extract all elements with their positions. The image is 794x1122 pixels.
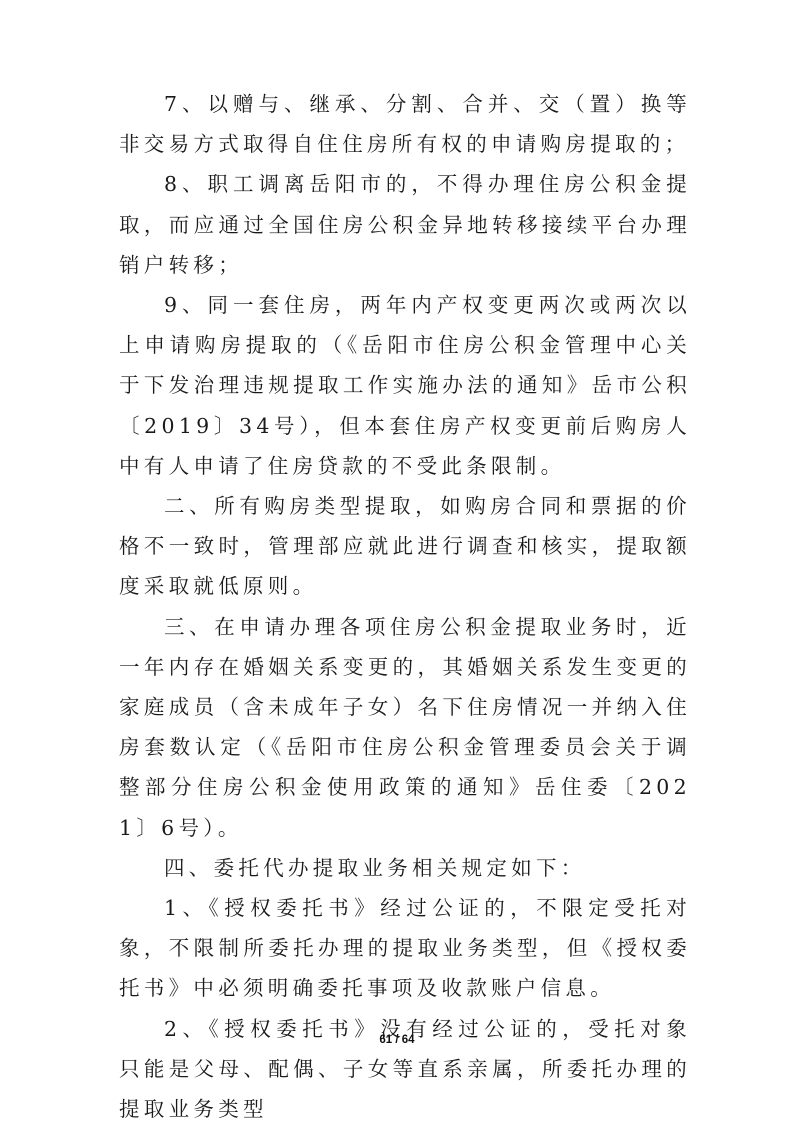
paragraph-section-4-item-1: 1、《授权委托书》经过公证的，不限定受托对象，不限制所委托办理的提取业务类型，但…: [119, 888, 691, 1009]
page-number: 61 / 64: [0, 1034, 794, 1046]
paragraph-item-9: 9、同一套住房，两年内产权变更两次或两次以上申请购房提取的（《岳阳市住房公积金管…: [119, 285, 691, 486]
paragraph-section-2: 二、所有购房类型提取，如购房合同和票据的价格不一致时，管理部应就此进行调查和核实…: [119, 486, 691, 607]
document-body: 7、以赠与、继承、分割、合并、交（置）换等非交易方式取得自住住房所有权的申请购房…: [119, 84, 691, 1122]
document-page: 7、以赠与、继承、分割、合并、交（置）换等非交易方式取得自住住房所有权的申请购房…: [0, 0, 794, 1122]
paragraph-section-3: 三、在申请办理各项住房公积金提取业务时，近一年内存在婚姻关系变更的，其婚姻关系发…: [119, 607, 691, 848]
paragraph-item-7: 7、以赠与、继承、分割、合并、交（置）换等非交易方式取得自住住房所有权的申请购房…: [119, 84, 691, 164]
paragraph-section-4-item-2: 2、《授权委托书》没有经过公证的，受托对象只能是父母、配偶、子女等直系亲属，所委…: [119, 1009, 691, 1122]
paragraph-item-8: 8、职工调离岳阳市的，不得办理住房公积金提取，而应通过全国住房公积金异地转移接续…: [119, 164, 691, 285]
paragraph-section-4-heading: 四、委托代办提取业务相关规定如下：: [119, 848, 691, 888]
